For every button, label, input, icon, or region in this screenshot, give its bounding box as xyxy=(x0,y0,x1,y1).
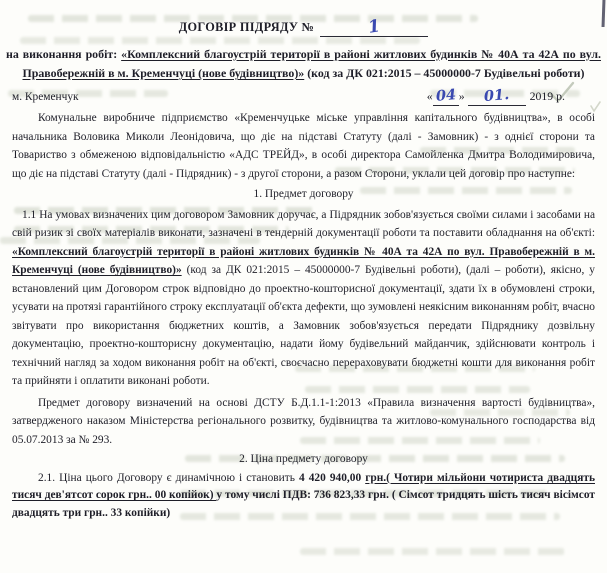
contract-price-amount: 4 420 940,00 xyxy=(299,472,365,484)
bleed-through-line xyxy=(300,548,565,555)
date-block: «04»01.2019 р. xyxy=(427,87,565,107)
quote-close: » xyxy=(459,89,465,103)
clause-1-1-intro: 1.1 На умовах визначених цим договором З… xyxy=(12,209,595,240)
contract-number-blank: 1 xyxy=(320,16,428,37)
clause-2-1-intro: 2.1. Ціна цього Договору є динамічною і … xyxy=(38,472,299,484)
clause-1-1: 1.1 На умовах визначених цим договором З… xyxy=(12,206,595,391)
section1-heading: 1. Предмет договору xyxy=(12,185,595,204)
document-body: ДОГОВІР ПІДРЯДУ №1 на виконання робіт: «… xyxy=(0,0,607,522)
title-label: ДОГОВІР ПІДРЯДУ № xyxy=(179,20,314,34)
month-blank: 01. xyxy=(468,87,526,107)
subject-prefix: на виконання робіт: xyxy=(6,47,121,61)
handwritten-contract-number: 1 xyxy=(367,17,382,37)
handwritten-month: 01. xyxy=(483,85,510,106)
clause-1-2: Предмет договору визначений на основі ДС… xyxy=(12,394,595,450)
handwritten-day: 04 xyxy=(435,86,457,106)
scanned-contract-page: ДОГОВІР ПІДРЯДУ №1 на виконання робіт: «… xyxy=(0,0,607,573)
subject-line: на виконання робіт: «Комплексний благоус… xyxy=(6,45,601,84)
document-title: ДОГОВІР ПІДРЯДУ №1 xyxy=(12,10,595,37)
place-date-row: м. Кременчук «04»01.2019 р. xyxy=(12,87,595,107)
subject-code: (код за ДК 021:2015 – 45000000-7 Будівел… xyxy=(304,66,584,80)
clause-1-1-rest: (код за ДК 021:2015 – 45000000-7 Будівел… xyxy=(12,264,595,387)
year-label: 2019 р. xyxy=(530,89,565,103)
day-blank: 04 xyxy=(433,87,459,107)
preamble-paragraph: Комунальне виробниче підприємство «Креме… xyxy=(12,109,595,183)
city-label: м. Кременчук xyxy=(12,88,79,107)
section2-heading: 2. Ціна предмету договору xyxy=(12,450,595,469)
clause-2-1: 2.1. Ціна цього Договору є динамічною і … xyxy=(12,470,595,523)
